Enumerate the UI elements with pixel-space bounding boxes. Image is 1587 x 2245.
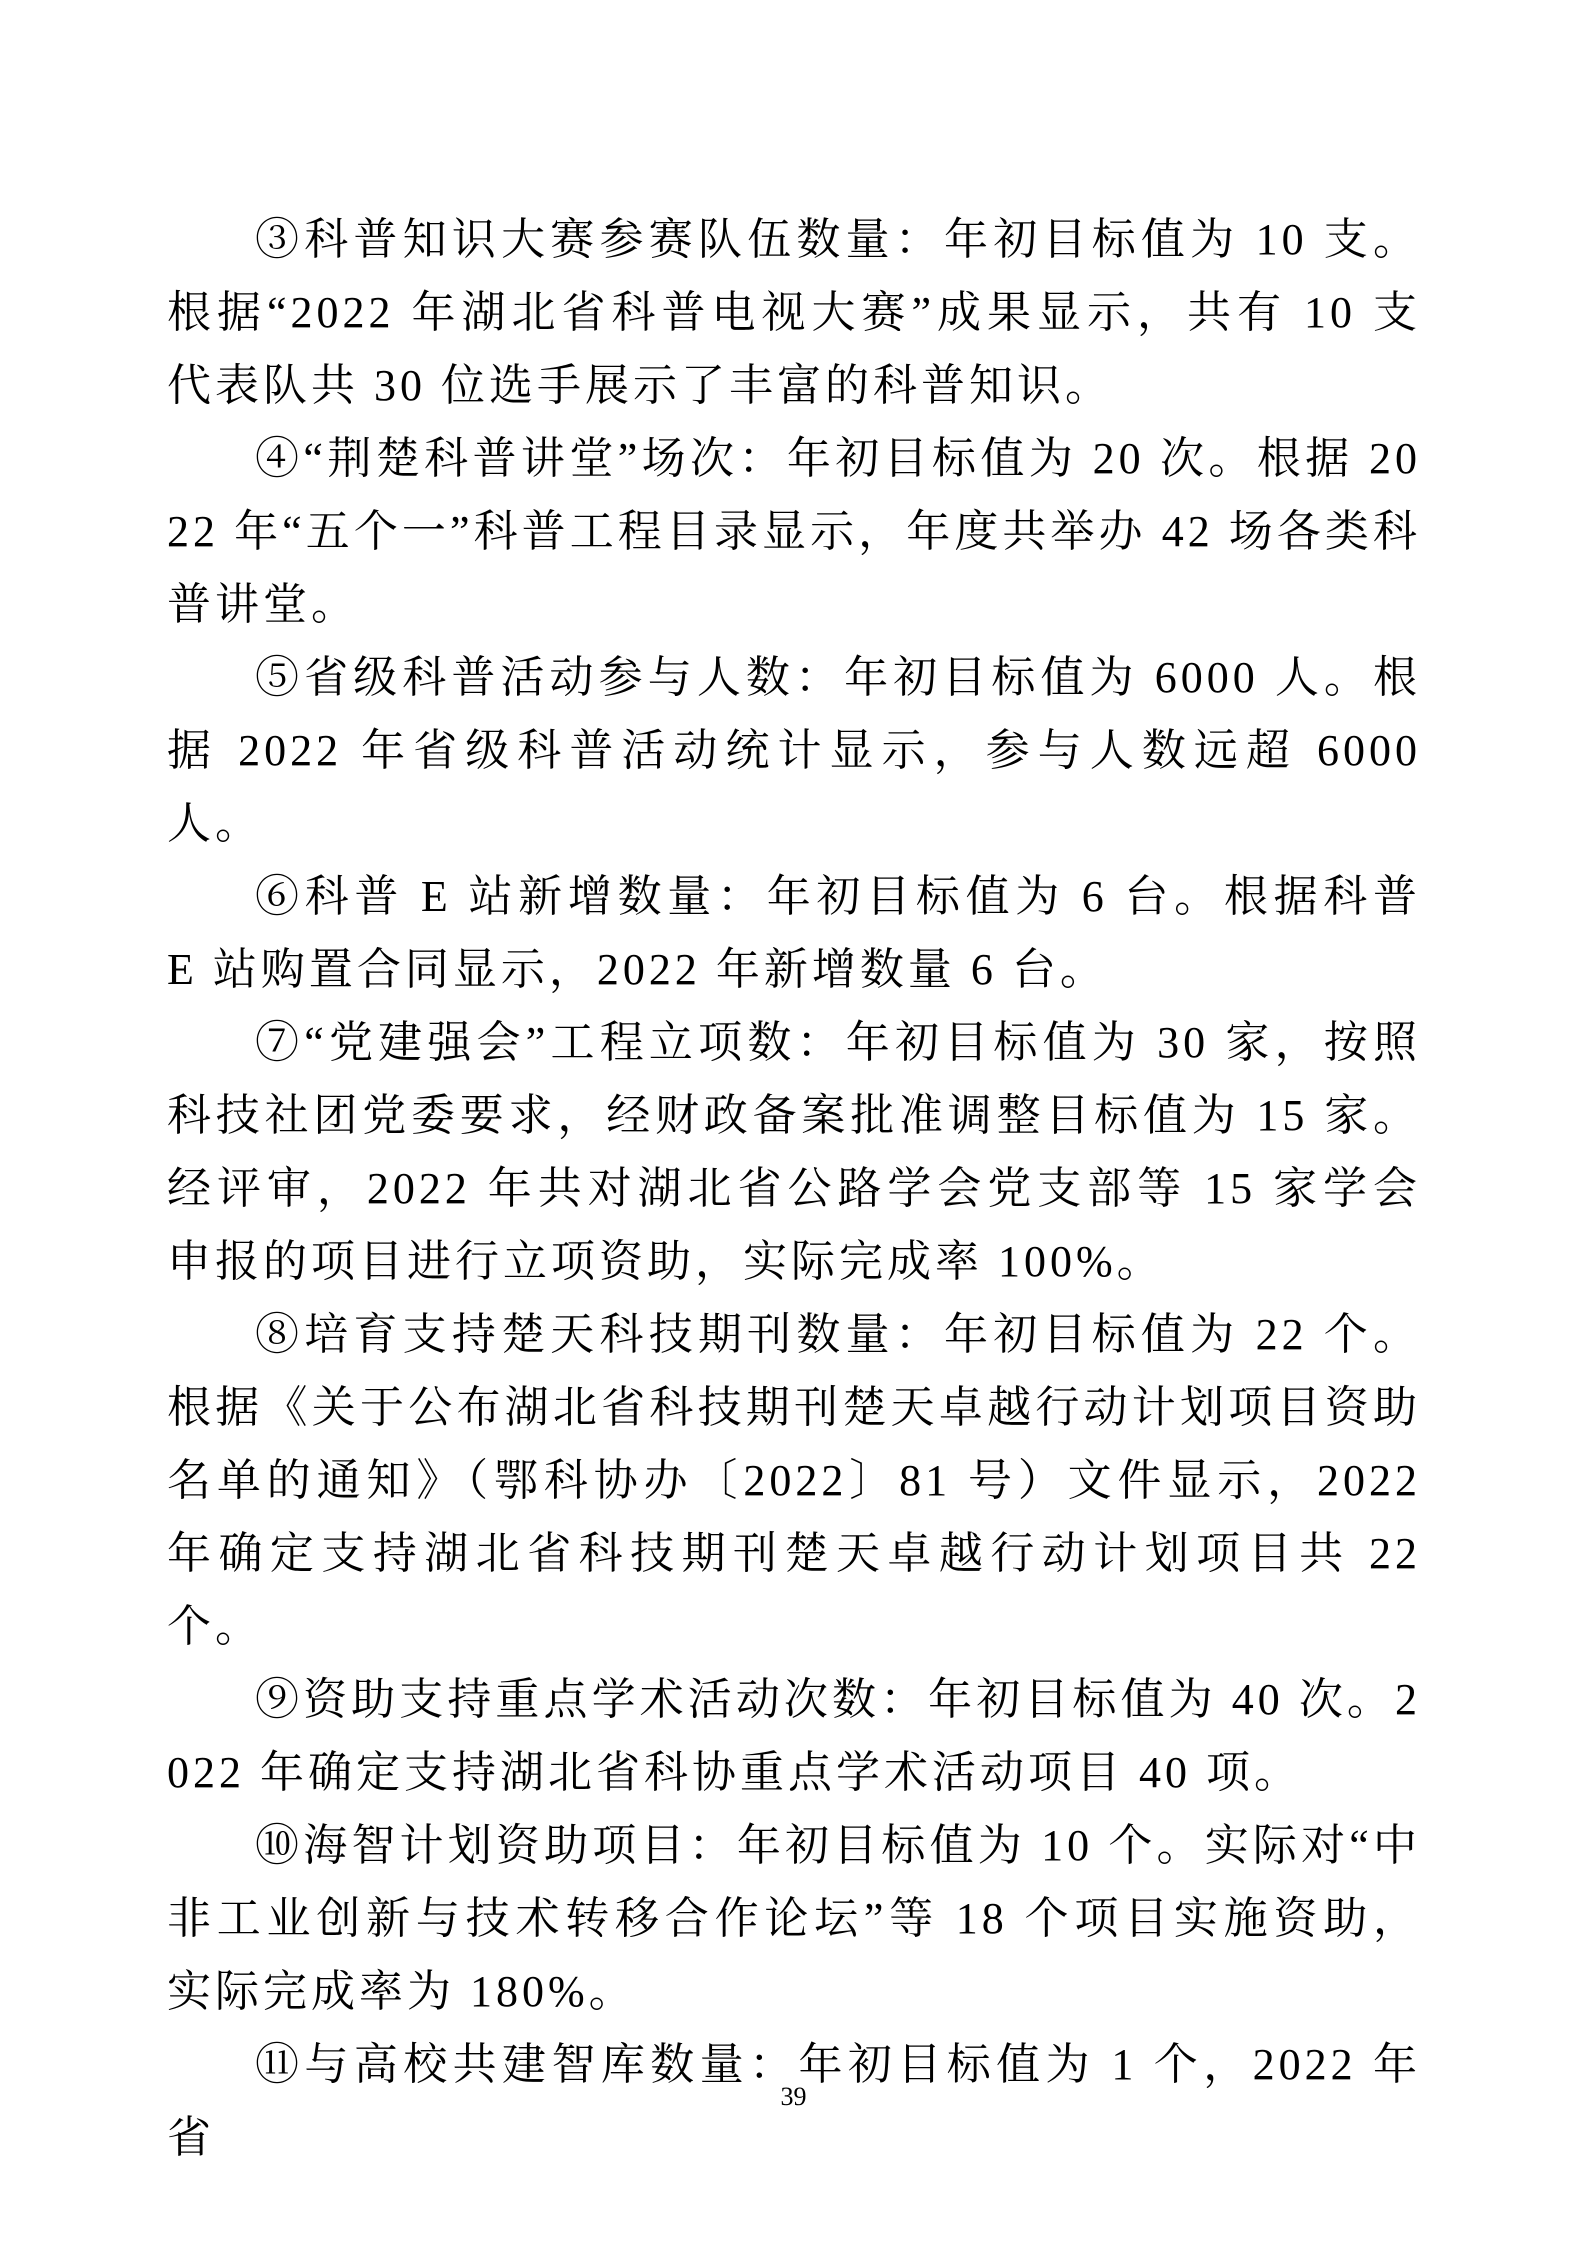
circled-number-marker: ③: [255, 215, 304, 264]
circled-number-marker: ⑤: [255, 653, 304, 702]
paragraph-item-8: ⑧培育支持楚天科技期刊数量：年初目标值为 22 个。根据《关于公布湖北省科技期刊…: [167, 1298, 1421, 1663]
paragraph-text: 科普 E 站新增数量：年初目标值为 6 台。根据科普 E 站购置合同显示，202…: [167, 872, 1421, 994]
document-body: ③科普知识大赛参赛队伍数量：年初目标值为 10 支。根据“2022 年湖北省科普…: [167, 203, 1421, 2174]
paragraph-item-10: ⑩海智计划资助项目：年初目标值为 10 个。实际对“中非工业创新与技术转移合作论…: [167, 1809, 1421, 2028]
paragraph-item-3: ③科普知识大赛参赛队伍数量：年初目标值为 10 支。根据“2022 年湖北省科普…: [167, 203, 1421, 422]
paragraph-text: “党建强会”工程立项数：年初目标值为 30 家，按照科技社团党委要求，经财政备案…: [167, 1018, 1421, 1286]
page-number: 39: [0, 2082, 1587, 2112]
document-page: ③科普知识大赛参赛队伍数量：年初目标值为 10 支。根据“2022 年湖北省科普…: [0, 0, 1587, 2245]
paragraph-text: 海智计划资助项目：年初目标值为 10 个。实际对“中非工业创新与技术转移合作论坛…: [167, 1821, 1421, 2016]
circled-number-marker: ⑩: [255, 1821, 303, 1870]
circled-number-marker: ⑥: [255, 872, 305, 921]
paragraph-text: 省级科普活动参与人数：年初目标值为 6000 人。根据 2022 年省级科普活动…: [167, 653, 1421, 848]
circled-number-marker: ④: [255, 434, 303, 483]
paragraph-item-4: ④“荆楚科普讲堂”场次：年初目标值为 20 次。根据 2022 年“五个一”科普…: [167, 422, 1421, 641]
paragraph-item-5: ⑤省级科普活动参与人数：年初目标值为 6000 人。根据 2022 年省级科普活…: [167, 641, 1421, 860]
paragraph-text: 资助支持重点学术活动次数：年初目标值为 40 次。2022 年确定支持湖北省科协…: [167, 1675, 1421, 1797]
circled-number-marker: ⑨: [255, 1675, 303, 1724]
paragraph-text: 科普知识大赛参赛队伍数量：年初目标值为 10 支。根据“2022 年湖北省科普电…: [167, 215, 1421, 410]
paragraph-item-9: ⑨资助支持重点学术活动次数：年初目标值为 40 次。2022 年确定支持湖北省科…: [167, 1663, 1421, 1809]
paragraph-item-7: ⑦“党建强会”工程立项数：年初目标值为 30 家，按照科技社团党委要求，经财政备…: [167, 1006, 1421, 1298]
paragraph-text: 培育支持楚天科技期刊数量：年初目标值为 22 个。根据《关于公布湖北省科技期刊楚…: [167, 1310, 1421, 1651]
paragraph-item-6: ⑥科普 E 站新增数量：年初目标值为 6 台。根据科普 E 站购置合同显示，20…: [167, 860, 1421, 1006]
circled-number-marker: ⑧: [255, 1310, 304, 1359]
paragraph-text: “荆楚科普讲堂”场次：年初目标值为 20 次。根据 2022 年“五个一”科普工…: [167, 434, 1421, 629]
circled-number-marker: ⑦: [255, 1018, 304, 1067]
